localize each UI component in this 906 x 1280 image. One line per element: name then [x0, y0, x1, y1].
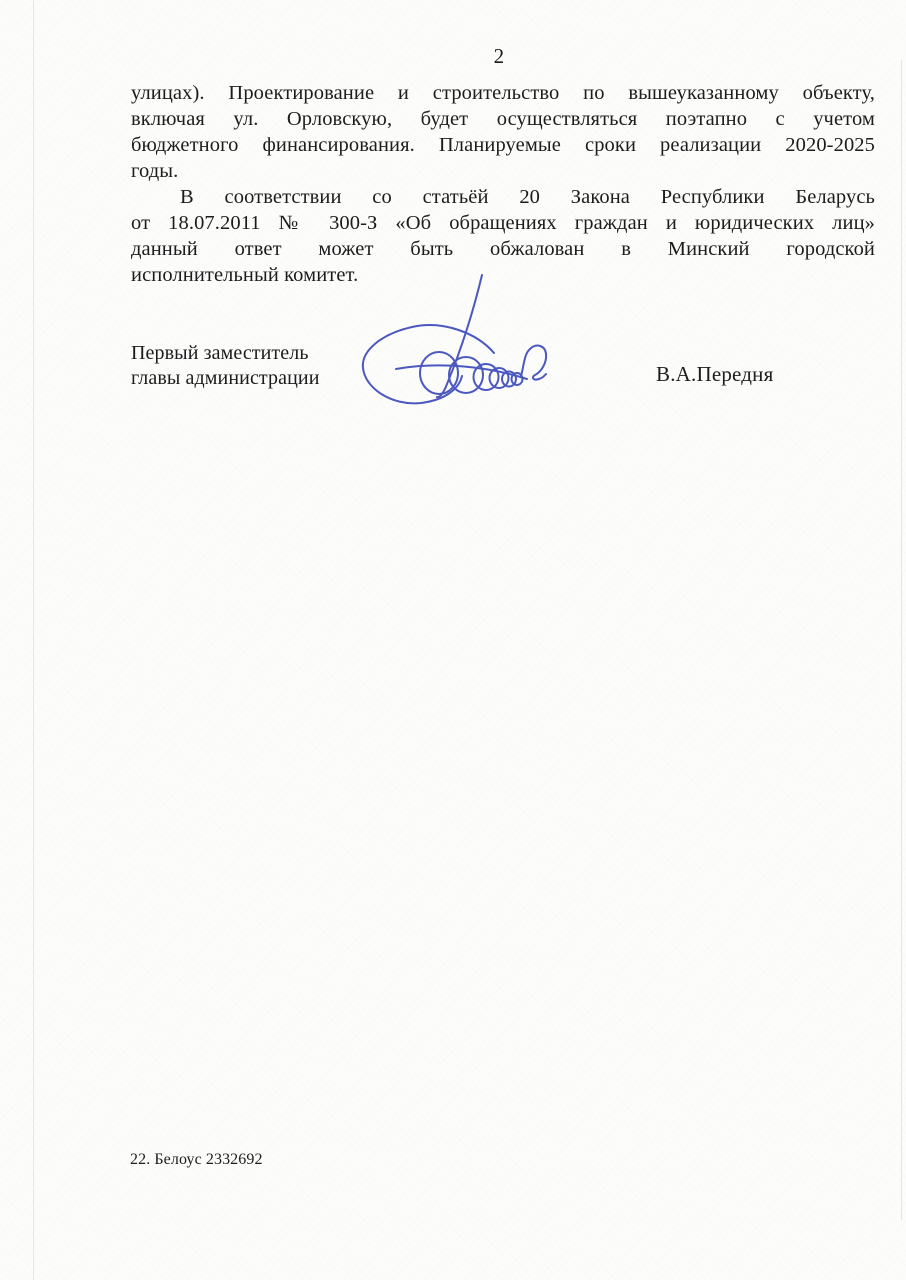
signer-title-line2: главы администрации — [131, 366, 320, 391]
signer-name: В.А.Передня — [656, 362, 774, 387]
signer-title: Первый заместитель главы администрации — [131, 341, 320, 391]
scan-artifact-line-left — [33, 0, 34, 1280]
text-line: включая ул. Орловскую, будет осуществлят… — [131, 106, 875, 132]
page-number: 2 — [459, 44, 539, 69]
text-line: от 18.07.2011 № 300-З «Об обращениях гра… — [131, 210, 875, 236]
signature-stroke-diagonal — [437, 275, 482, 397]
text-line: бюджетного финансирования. Планируемые с… — [131, 132, 875, 158]
signer-title-line1: Первый заместитель — [131, 341, 320, 366]
paragraph-1: улицах). Проектирование и строительство … — [131, 80, 875, 184]
body-text: улицах). Проектирование и строительство … — [131, 80, 875, 288]
signature-stroke-curl — [521, 346, 546, 380]
text-line: годы. — [131, 158, 875, 184]
handwritten-signature — [355, 272, 625, 417]
text-line: улицах). Проектирование и строительство … — [131, 80, 875, 106]
text-line: данный ответ может быть обжалован в Минс… — [131, 236, 875, 262]
footer-reference: 22. Белоус 2332692 — [130, 1151, 263, 1169]
scanned-document-page: 2 улицах). Проектирование и строительств… — [0, 0, 906, 1280]
scan-artifact-line-right — [901, 60, 902, 1220]
text-line: В соответствии со статьёй 20 Закона Респ… — [131, 184, 875, 210]
